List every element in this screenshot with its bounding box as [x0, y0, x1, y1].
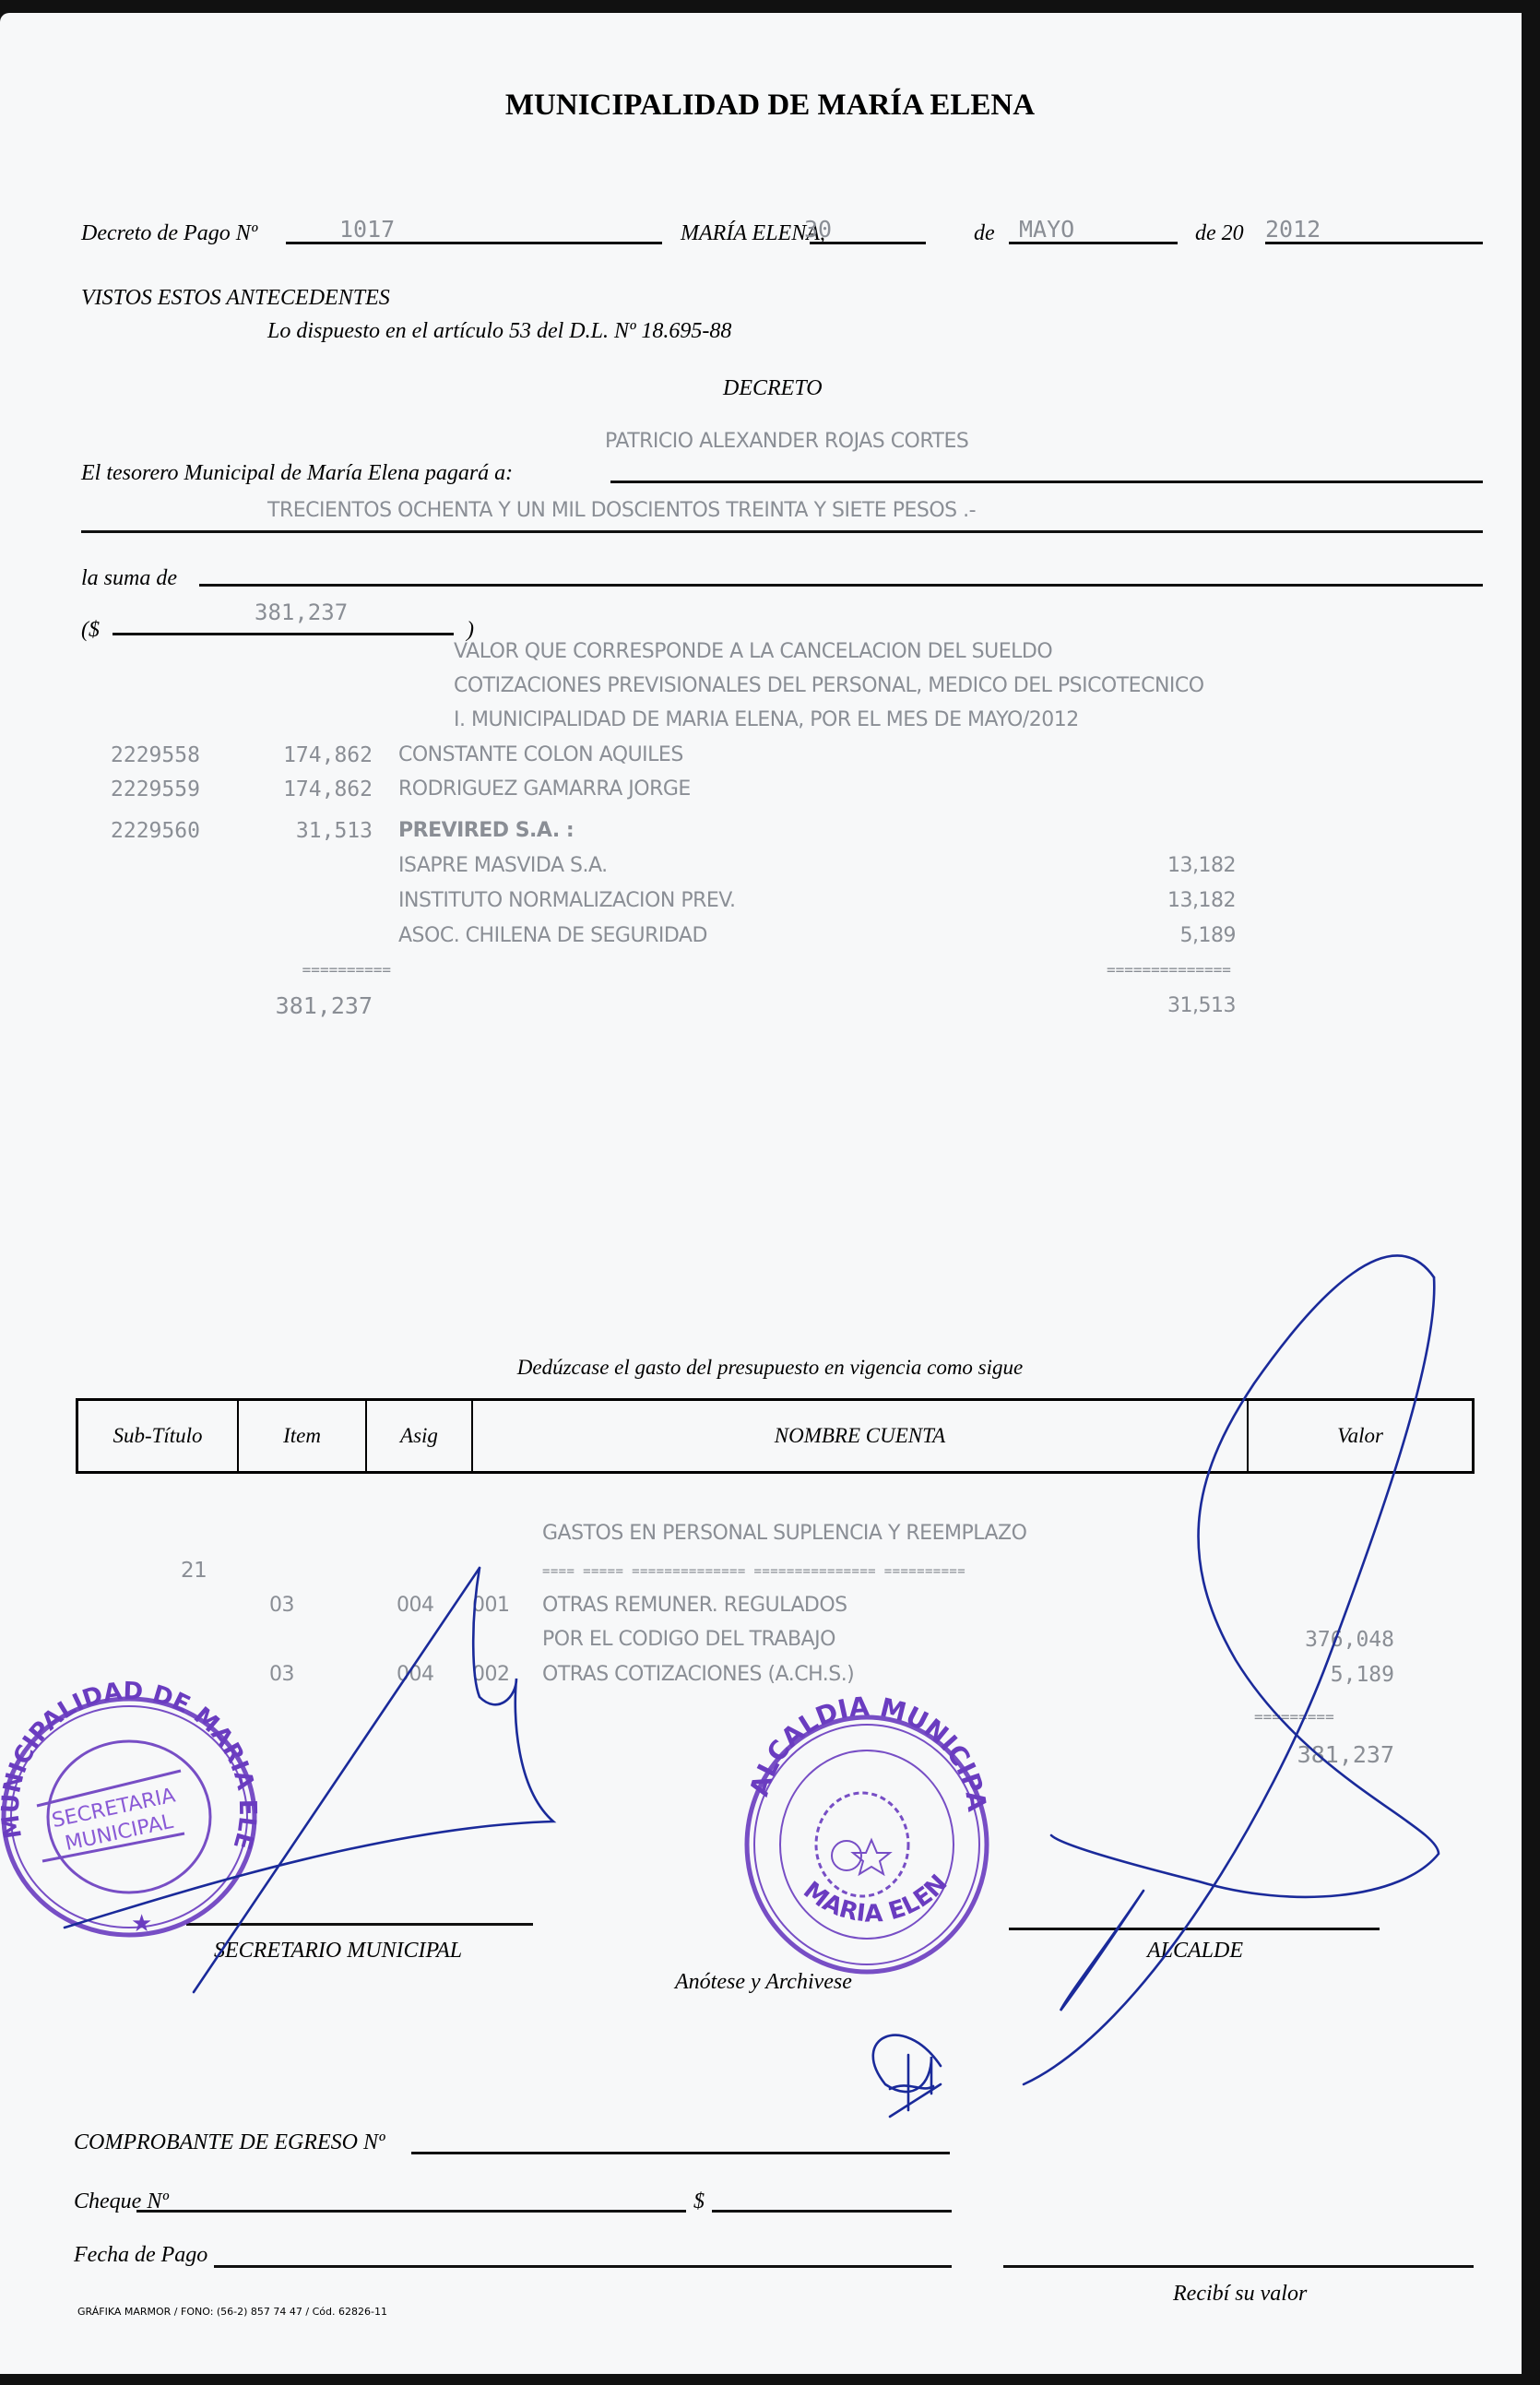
row-asig-b: 002 — [472, 1663, 510, 1686]
total-separator-left: ========== — [114, 961, 391, 979]
budget-separator: ==== ===== ============== ==============… — [542, 1564, 965, 1579]
payment-name: PREVIRED S.A. : — [398, 819, 574, 842]
payment-amount: 174,862 — [249, 743, 373, 767]
payment-code: 2229558 — [111, 743, 200, 767]
de-label-1: de — [974, 221, 995, 246]
row-value: 5,189 — [1254, 1663, 1394, 1687]
concept-line-2: COTIZACIONES PREVISIONALES DEL PERSONAL,… — [454, 674, 1204, 697]
payment-code: 2229560 — [111, 819, 200, 843]
cheque-field[interactable] — [136, 2210, 686, 2213]
header-subtitulo: Sub-Título — [78, 1401, 239, 1471]
payment-name: RODRIGUEZ GAMARRA JORGE — [398, 777, 691, 801]
row-name-line-1: OTRAS COTIZACIONES (A.CH.S.) — [542, 1663, 854, 1686]
month-underline — [1009, 242, 1178, 244]
printer-footer: GRÁFIKA MARMOR / FONO: (56-2) 857 74 47 … — [77, 2306, 387, 2318]
header-item: Item — [239, 1401, 367, 1471]
anotese-label: Anótese y Archivese — [675, 1970, 852, 1995]
dollar-close: ) — [467, 618, 474, 643]
row-asig-a: 004 — [397, 1594, 434, 1617]
breakdown-amount: 13,182 — [1107, 889, 1236, 912]
cheque-dollar-label: $ — [693, 2189, 705, 2214]
row-item: 03 — [269, 1663, 294, 1686]
payment-code: 2229559 — [111, 777, 200, 801]
decree-number-underline — [286, 242, 662, 244]
concept-line-3: I. MUNICIPALIDAD DE MARIA ELENA, POR EL … — [454, 708, 1079, 731]
suma-underline — [199, 584, 1483, 587]
breakdown-amount: 13,182 — [1107, 854, 1236, 877]
vistos-heading: VISTOS ESTOS ANTECEDENTES — [81, 286, 390, 311]
de-label-2: de 20 — [1195, 221, 1244, 246]
payment-amount: 31,513 — [249, 819, 373, 843]
year-underline — [1265, 242, 1483, 244]
breakdown-amount: 5,189 — [1107, 924, 1236, 947]
breakdown-name: ASOC. CHILENA DE SEGURIDAD — [398, 924, 707, 947]
fecha-pago-field[interactable] — [214, 2265, 952, 2268]
suma-label: la suma de — [81, 566, 177, 591]
row-asig-b: 001 — [472, 1594, 510, 1617]
breakdown-name: INSTITUTO NORMALIZACION PREV. — [398, 889, 735, 912]
row-item: 03 — [269, 1594, 294, 1617]
header-nombre-cuenta: NOMBRE CUENTA — [473, 1401, 1249, 1471]
page-title: MUNICIPALIDAD DE MARÍA ELENA — [0, 89, 1540, 123]
payee-label: El tesorero Municipal de María Elena pag… — [81, 461, 513, 486]
recibi-label: Recibí su valor — [1173, 2282, 1307, 2307]
amount-in-words[interactable]: TRECIENTOS OCHENTA Y UN MIL DOSCIENTOS T… — [267, 499, 976, 522]
amount-underline — [113, 633, 454, 635]
row-value: 376,048 — [1254, 1628, 1394, 1652]
document-page — [0, 13, 1522, 2374]
year-value[interactable]: 2012 — [1265, 216, 1321, 243]
vistos-text: Lo dispuesto en el artículo 53 del D.L. … — [267, 319, 731, 344]
fecha-pago-label: Fecha de Pago — [74, 2243, 207, 2268]
month-value[interactable]: MAYO — [1019, 216, 1074, 243]
day-value[interactable]: 30 — [804, 216, 832, 243]
row-name-line-2: POR EL CODIGO DEL TRABAJO — [542, 1628, 835, 1651]
payee-underline — [610, 481, 1483, 483]
decreto-heading: DECRETO — [723, 376, 823, 401]
comprobante-field[interactable] — [411, 2152, 950, 2154]
secretario-signature-line[interactable] — [186, 1923, 533, 1926]
comprobante-label: COMPROBANTE DE EGRESO Nº — [74, 2130, 385, 2155]
alcalde-label: ALCALDE — [1147, 1939, 1243, 1964]
payment-amount: 174,862 — [249, 777, 373, 801]
payee-name[interactable]: PATRICIO ALEXANDER ROJAS CORTES — [605, 430, 968, 453]
decree-number-value[interactable]: 1017 — [339, 216, 395, 243]
total-right: 31,513 — [1107, 994, 1236, 1017]
dollar-open: ($ — [81, 618, 100, 643]
budget-total: 381,237 — [1254, 1741, 1394, 1768]
row-name-line-1: OTRAS REMUNER. REGULADOS — [542, 1594, 847, 1617]
alcalde-signature-line[interactable] — [1009, 1928, 1380, 1930]
row-asig-a: 004 — [397, 1663, 434, 1686]
payment-name: CONSTANTE COLON AQUILES — [398, 743, 683, 766]
recibi-signature-line[interactable] — [1003, 2265, 1474, 2268]
header-asig: Asig — [367, 1401, 473, 1471]
cheque-amount-field[interactable] — [712, 2210, 952, 2213]
concept-line-1: VALOR QUE CORRESPONDE A LA CANCELACION D… — [454, 640, 1052, 663]
budget-table-header: Sub-Título Item Asig NOMBRE CUENTA Valor — [76, 1398, 1475, 1474]
amount-number[interactable]: 381,237 — [255, 599, 348, 625]
total-separator-right: ============== — [1107, 961, 1231, 979]
day-underline — [810, 242, 926, 244]
total-left: 381,237 — [249, 992, 373, 1019]
words-underline — [81, 530, 1483, 533]
budget-subtitulo: 21 — [181, 1559, 207, 1583]
budget-caption: Dedúzcase el gasto del presupuesto en vi… — [0, 1356, 1540, 1380]
breakdown-name: ISAPRE MASVIDA S.A. — [398, 854, 608, 877]
budget-group-title: GASTOS EN PERSONAL SUPLENCIA Y REEMPLAZO — [542, 1522, 1026, 1545]
budget-total-separator: ========= — [1254, 1708, 1334, 1726]
secretario-label: SECRETARIO MUNICIPAL — [214, 1939, 462, 1964]
header-valor: Valor — [1249, 1401, 1472, 1471]
decree-number-label: Decreto de Pago Nº — [81, 221, 257, 246]
